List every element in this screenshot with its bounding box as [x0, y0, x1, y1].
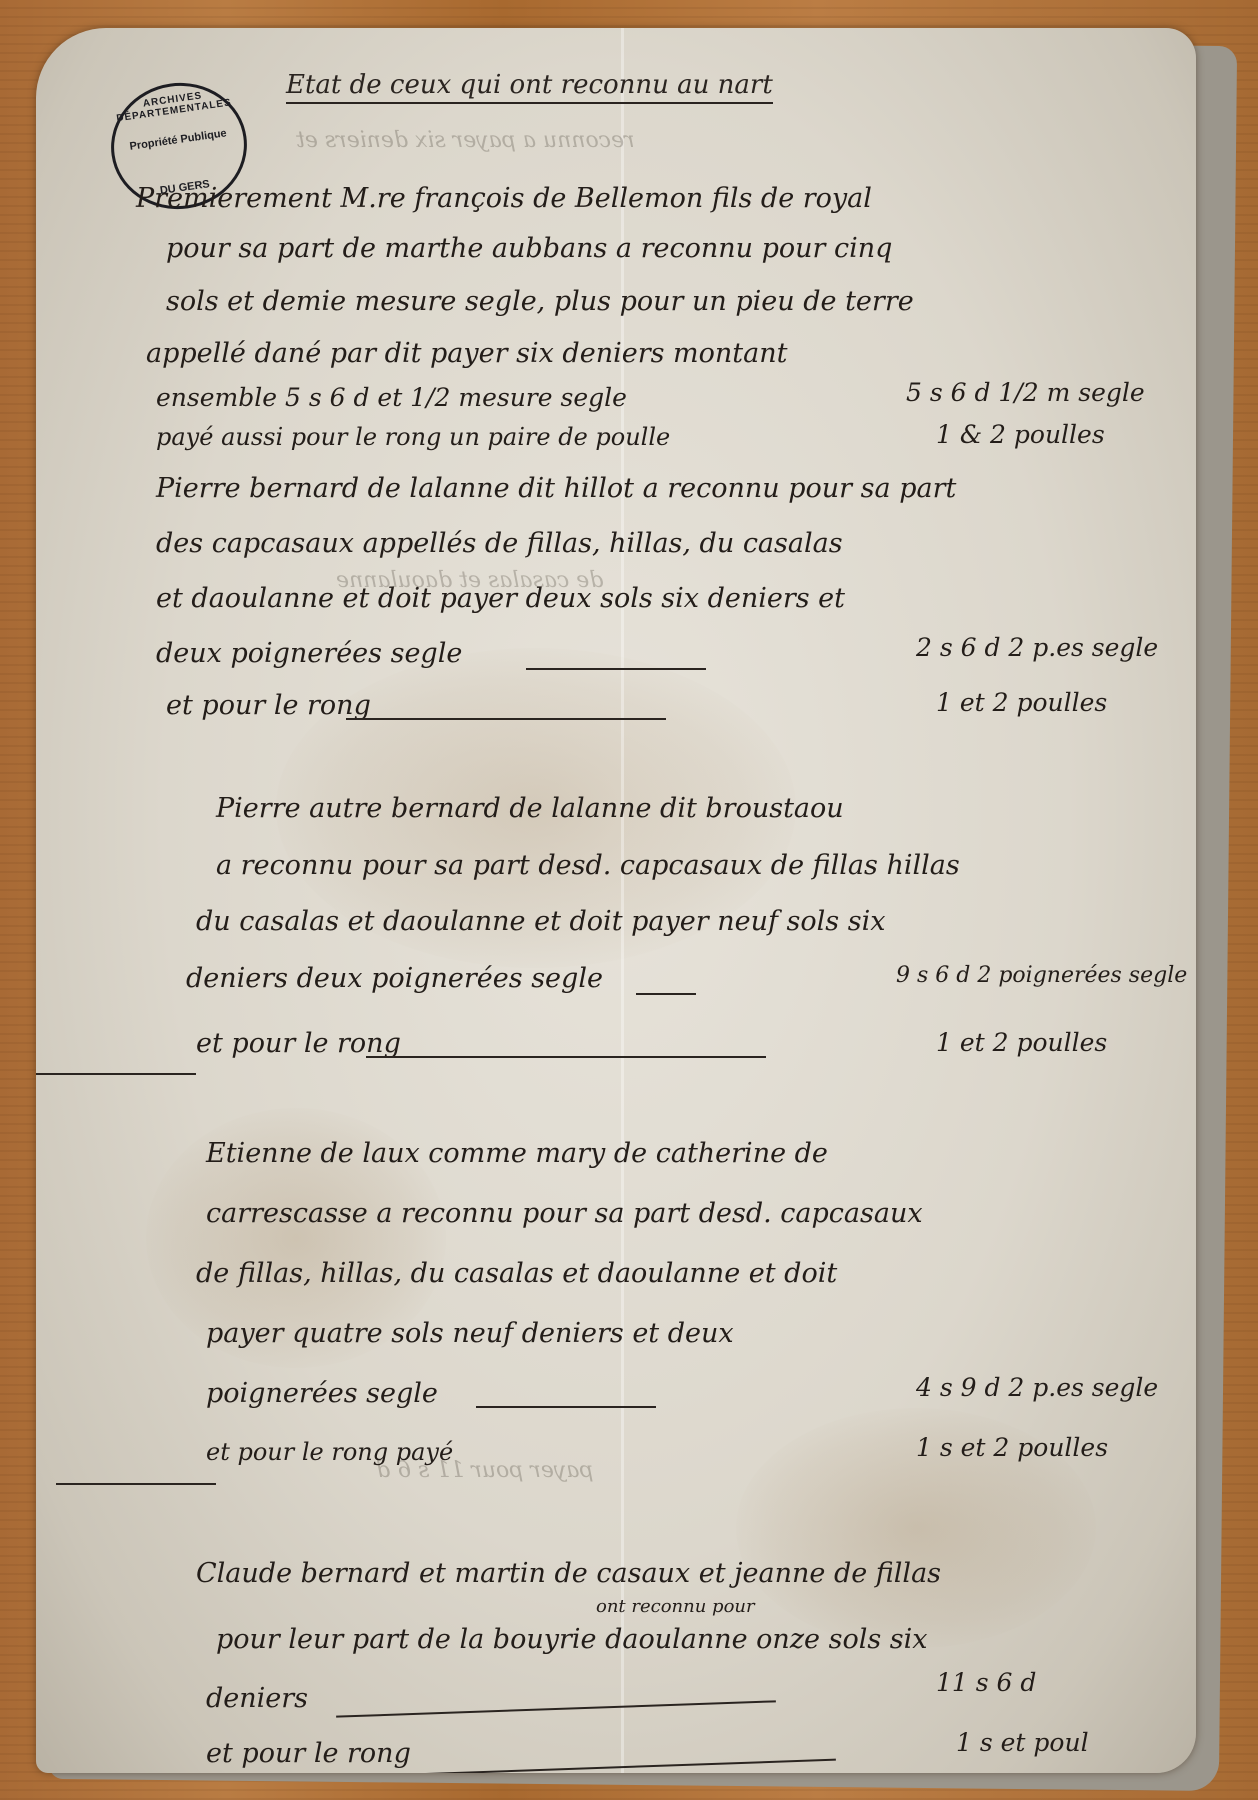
- entry-4-line-1: Etienne de laux comme mary de catherine …: [206, 1138, 828, 1169]
- fill-rule: [366, 1056, 766, 1058]
- entry-4-line-3: de fillas, hillas, du casalas et daoulan…: [196, 1258, 837, 1289]
- entry-5-line-2: pour leur part de la bouyrie daoulanne o…: [216, 1624, 928, 1655]
- fill-rule: [416, 1759, 836, 1773]
- stamp-center-text: Propriété Publique: [113, 125, 243, 155]
- entry-4-amount-1: 4 s 9 d 2 p.es segle: [916, 1373, 1158, 1402]
- entry-2-line-2: des capcasaux appellés de fillas, hillas…: [156, 528, 843, 559]
- entry-5-interlinear: ont reconnu pour: [596, 1596, 755, 1617]
- entry-5-line-3: deniers: [206, 1683, 308, 1714]
- entry-5-line-4: et pour le rong: [206, 1738, 411, 1769]
- entry-3-line-4: deniers deux poignerées segle: [186, 963, 603, 994]
- entry-2-amount-2: 1 et 2 poulles: [936, 688, 1107, 717]
- entry-5-amount-1: 11 s 6 d: [936, 1668, 1036, 1697]
- entry-3-line-3: du casalas et daoulanne et doit payer ne…: [196, 906, 885, 937]
- entry-4-line-2: carrescasse a reconnu pour sa part desd.…: [206, 1198, 923, 1229]
- entry-4-line-4: payer quatre sols neuf deniers et deux: [206, 1318, 734, 1349]
- entry-3-line-1: Pierre autre bernard de lalanne dit brou…: [216, 793, 844, 824]
- entry-1-line-5: ensemble 5 s 6 d et 1/2 mesure segle: [156, 383, 627, 412]
- fill-rule: [336, 1700, 776, 1717]
- entry-2-amount-1: 2 s 6 d 2 p.es segle: [916, 633, 1158, 662]
- entry-2-line-3: et daoulanne et doit payer deux sols six…: [156, 583, 845, 614]
- entry-1-line-4: appellé dané par dit payer six deniers m…: [146, 338, 787, 369]
- entry-2-line-5: et pour le rong: [166, 690, 371, 721]
- entry-3-amount-2: 1 et 2 poulles: [936, 1028, 1107, 1057]
- fill-rule: [636, 993, 696, 995]
- margin-separator: [56, 1483, 216, 1485]
- entry-1-line-2: pour sa part de marthe aubbans a reconnu…: [166, 233, 892, 264]
- entry-1-line-1: Premierement M.re françois de Bellemon f…: [136, 183, 872, 214]
- entry-2-line-4: deux poignerées segle: [156, 638, 462, 669]
- manuscript-page: ARCHIVES DÉPARTEMENTALES Propriété Publi…: [36, 28, 1196, 1773]
- entry-4-amount-2: 1 s et 2 poulles: [916, 1433, 1108, 1462]
- entry-5-amount-2: 1 s et poul: [956, 1728, 1089, 1757]
- entry-3-line-2: a reconnu pour sa part desd. capcasaux d…: [216, 850, 960, 881]
- entry-1-line-6: payé aussi pour le rong un paire de poul…: [156, 423, 670, 451]
- fill-rule: [526, 668, 706, 670]
- entry-1-amount-2: 1 & 2 poulles: [936, 420, 1105, 449]
- entry-5-line-1: Claude bernard et martin de casaux et je…: [196, 1558, 941, 1589]
- entry-3-line-5: et pour le rong: [196, 1028, 401, 1059]
- entry-1-line-3: sols et demie mesure segle, plus pour un…: [166, 286, 914, 317]
- margin-separator: [36, 1073, 196, 1075]
- fill-rule: [346, 718, 666, 720]
- entry-2-line-1: Pierre bernard de lalanne dit hillot a r…: [156, 473, 956, 504]
- fill-rule: [476, 1406, 656, 1408]
- entry-3-amount-1: 9 s 6 d 2 poignerées segle: [896, 963, 1187, 988]
- stamp-ring-text: ARCHIVES DÉPARTEMENTALES: [107, 85, 239, 125]
- entry-4-line-6: et pour le rong payé: [206, 1438, 453, 1466]
- entry-4-line-5: poignerées segle: [206, 1378, 438, 1409]
- bleed-through-text: reconnu a payer six deniers et: [296, 128, 635, 153]
- entry-1-amount-1: 5 s 6 d 1/2 m segle: [906, 378, 1145, 407]
- document-heading: Etat de ceux qui ont reconnu au nart: [286, 70, 773, 104]
